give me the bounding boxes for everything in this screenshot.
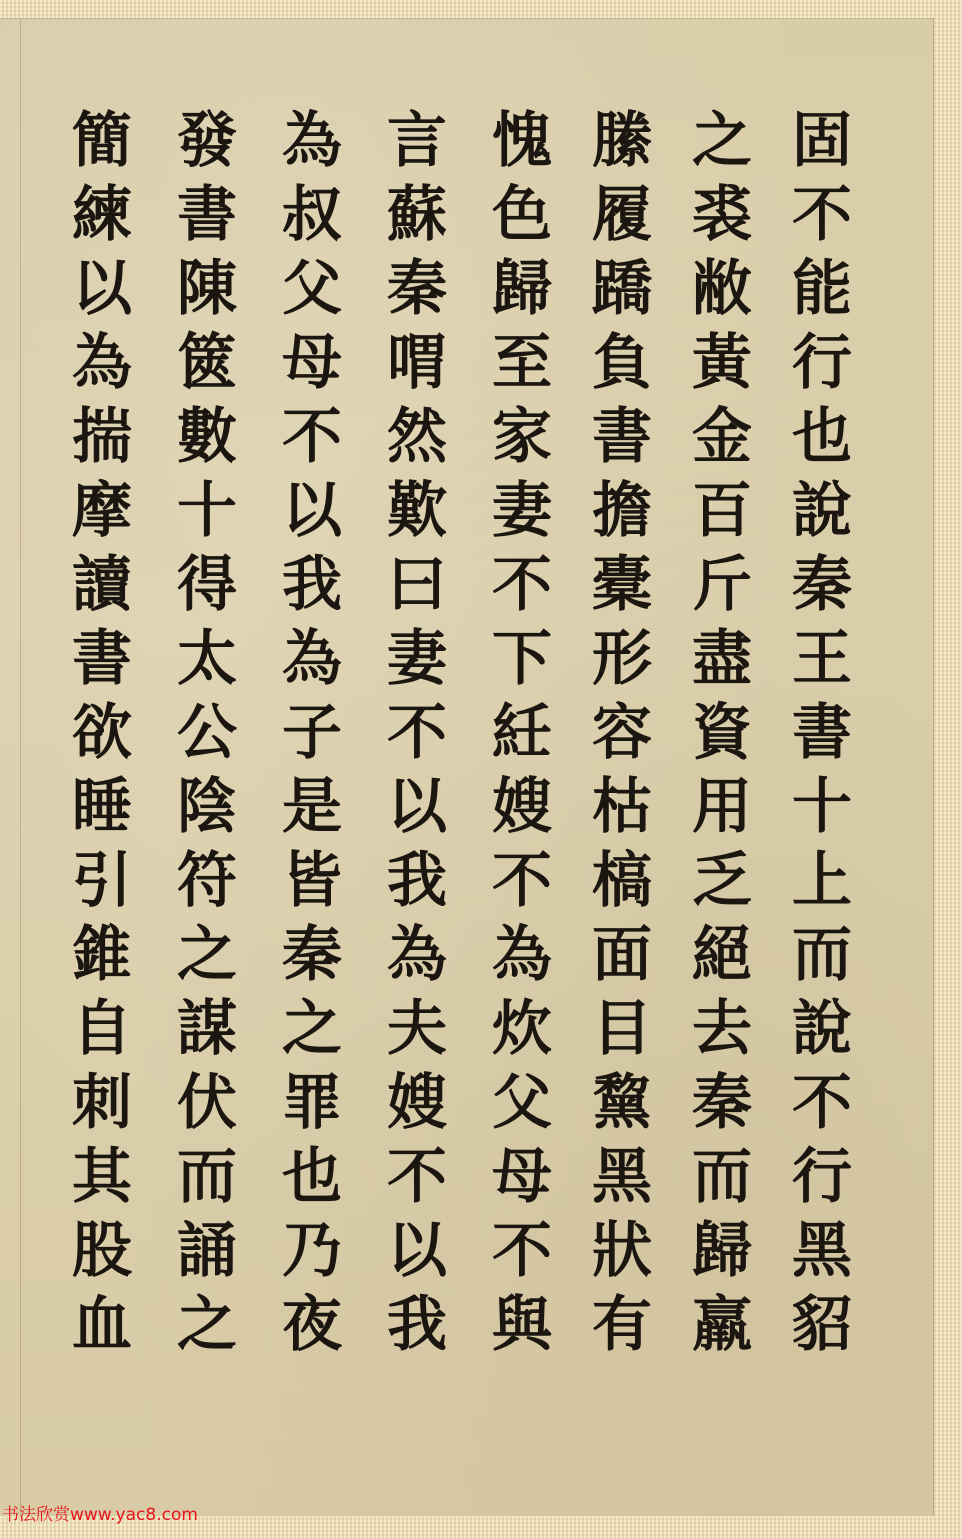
calligraphy-character: 陳 [157, 252, 257, 326]
calligraphy-character: 至 [472, 326, 572, 400]
calligraphy-columns: 固不能行也說秦王書十上而說不行黑貂 之裘敝黃金百斤盡資用乏絕去秦而歸羸 縢履蹻負… [0, 104, 934, 1474]
calligraphy-character: 金 [672, 400, 772, 474]
calligraphy-character: 下 [472, 622, 572, 696]
calligraphy-character: 罪 [262, 1066, 362, 1140]
calligraphy-character: 謀 [157, 992, 257, 1066]
calligraphy-character: 不 [367, 1140, 467, 1214]
calligraphy-character: 陰 [157, 770, 257, 844]
calligraphy-character: 黑 [572, 1140, 672, 1214]
calligraphy-character: 不 [472, 844, 572, 918]
calligraphy-character: 之 [672, 104, 772, 178]
calligraphy-character: 錐 [52, 918, 152, 992]
calligraphy-character: 歸 [672, 1214, 772, 1288]
calligraphy-character: 父 [472, 1066, 572, 1140]
calligraphy-character: 為 [472, 918, 572, 992]
calligraphy-character: 不 [772, 1066, 872, 1140]
calligraphy-character: 符 [157, 844, 257, 918]
calligraphy-character: 為 [262, 104, 362, 178]
calligraphy-character: 為 [52, 326, 152, 400]
calligraphy-character: 也 [772, 400, 872, 474]
calligraphy-character: 叔 [262, 178, 362, 252]
calligraphy-character: 乏 [672, 844, 772, 918]
calligraphy-character: 嫂 [367, 1066, 467, 1140]
calligraphy-character: 母 [472, 1140, 572, 1214]
calligraphy-character: 誦 [157, 1214, 257, 1288]
artwork-frame: 固不能行也說秦王書十上而說不行黑貂 之裘敝黃金百斤盡資用乏絕去秦而歸羸 縢履蹻負… [0, 0, 962, 1538]
calligraphy-character: 書 [772, 696, 872, 770]
calligraphy-character: 公 [157, 696, 257, 770]
calligraphy-character: 也 [262, 1140, 362, 1214]
calligraphy-character: 發 [157, 104, 257, 178]
calligraphy-column-8: 簡練以為揣摩讀書欲睡引錐自刺其股血 [47, 104, 157, 1362]
calligraphy-character: 黑 [772, 1214, 872, 1288]
calligraphy-character: 而 [157, 1140, 257, 1214]
calligraphy-character: 睡 [52, 770, 152, 844]
calligraphy-character: 蹻 [572, 252, 672, 326]
calligraphy-character: 以 [262, 474, 362, 548]
calligraphy-character: 母 [262, 326, 362, 400]
calligraphy-character: 夫 [367, 992, 467, 1066]
calligraphy-character: 皆 [262, 844, 362, 918]
calligraphy-character: 血 [52, 1288, 152, 1362]
calligraphy-character: 敝 [672, 252, 772, 326]
calligraphy-character: 羸 [672, 1288, 772, 1362]
calligraphy-character: 言 [367, 104, 467, 178]
calligraphy-character: 讀 [52, 548, 152, 622]
calligraphy-character: 枯 [572, 770, 672, 844]
calligraphy-character: 說 [772, 474, 872, 548]
calligraphy-character: 十 [157, 474, 257, 548]
calligraphy-character: 摩 [52, 474, 152, 548]
calligraphy-character: 縢 [572, 104, 672, 178]
calligraphy-character: 乃 [262, 1214, 362, 1288]
calligraphy-character: 愧 [472, 104, 572, 178]
calligraphy-character: 百 [672, 474, 772, 548]
calligraphy-column-2: 之裘敝黃金百斤盡資用乏絕去秦而歸羸 [667, 104, 777, 1362]
calligraphy-character: 妻 [472, 474, 572, 548]
calligraphy-character: 資 [672, 696, 772, 770]
calligraphy-character: 黧 [572, 1066, 672, 1140]
calligraphy-character: 裘 [672, 178, 772, 252]
calligraphy-character: 刺 [52, 1066, 152, 1140]
calligraphy-character: 目 [572, 992, 672, 1066]
calligraphy-character: 不 [262, 400, 362, 474]
calligraphy-character: 炊 [472, 992, 572, 1066]
calligraphy-character: 篋 [157, 326, 257, 400]
calligraphy-character: 以 [367, 1214, 467, 1288]
calligraphy-character: 之 [262, 992, 362, 1066]
calligraphy-character: 絕 [672, 918, 772, 992]
calligraphy-character: 喟 [367, 326, 467, 400]
calligraphy-character: 盡 [672, 622, 772, 696]
calligraphy-character: 不 [472, 1214, 572, 1288]
calligraphy-character: 有 [572, 1288, 672, 1362]
calligraphy-character: 欲 [52, 696, 152, 770]
calligraphy-character: 然 [367, 400, 467, 474]
calligraphy-character: 揣 [52, 400, 152, 474]
calligraphy-character: 王 [772, 622, 872, 696]
calligraphy-character: 我 [367, 844, 467, 918]
calligraphy-character: 秦 [672, 1066, 772, 1140]
calligraphy-character: 書 [572, 400, 672, 474]
calligraphy-character: 形 [572, 622, 672, 696]
calligraphy-character: 容 [572, 696, 672, 770]
calligraphy-character: 固 [772, 104, 872, 178]
calligraphy-character: 槁 [572, 844, 672, 918]
calligraphy-character: 歎 [367, 474, 467, 548]
calligraphy-column-5: 言蘇秦喟然歎曰妻不以我為夫嫂不以我 [362, 104, 472, 1362]
calligraphy-character: 不 [772, 178, 872, 252]
calligraphy-character: 色 [472, 178, 572, 252]
calligraphy-character: 十 [772, 770, 872, 844]
calligraphy-character: 不 [472, 548, 572, 622]
calligraphy-character: 我 [367, 1288, 467, 1362]
calligraphy-character: 太 [157, 622, 257, 696]
calligraphy-character: 曰 [367, 548, 467, 622]
calligraphy-character: 用 [672, 770, 772, 844]
calligraphy-character: 狀 [572, 1214, 672, 1288]
calligraphy-character: 得 [157, 548, 257, 622]
calligraphy-character: 是 [262, 770, 362, 844]
calligraphy-character: 蘇 [367, 178, 467, 252]
calligraphy-character: 行 [772, 326, 872, 400]
calligraphy-character: 而 [772, 918, 872, 992]
calligraphy-character: 妻 [367, 622, 467, 696]
calligraphy-character: 股 [52, 1214, 152, 1288]
calligraphy-character: 子 [262, 696, 362, 770]
calligraphy-character: 書 [157, 178, 257, 252]
calligraphy-column-3: 縢履蹻負書擔橐形容枯槁面目黧黑狀有 [567, 104, 677, 1362]
calligraphy-character: 貂 [772, 1288, 872, 1362]
calligraphy-character: 負 [572, 326, 672, 400]
calligraphy-column-7: 發書陳篋數十得太公陰符之謀伏而誦之 [152, 104, 262, 1362]
calligraphy-character: 不 [367, 696, 467, 770]
calligraphy-character: 而 [672, 1140, 772, 1214]
calligraphy-character: 其 [52, 1140, 152, 1214]
calligraphy-character: 我 [262, 548, 362, 622]
calligraphy-character: 練 [52, 178, 152, 252]
calligraphy-character: 書 [52, 622, 152, 696]
calligraphy-character: 父 [262, 252, 362, 326]
calligraphy-character: 為 [367, 918, 467, 992]
calligraphy-column-6: 為叔父母不以我為子是皆秦之罪也乃夜 [257, 104, 367, 1362]
calligraphy-character: 紝 [472, 696, 572, 770]
calligraphy-character: 去 [672, 992, 772, 1066]
calligraphy-character: 擔 [572, 474, 672, 548]
calligraphy-character: 以 [367, 770, 467, 844]
calligraphy-character: 能 [772, 252, 872, 326]
calligraphy-character: 嫂 [472, 770, 572, 844]
calligraphy-character: 與 [472, 1288, 572, 1362]
calligraphy-character: 數 [157, 400, 257, 474]
calligraphy-character: 夜 [262, 1288, 362, 1362]
calligraphy-character: 伏 [157, 1066, 257, 1140]
calligraphy-character: 黃 [672, 326, 772, 400]
calligraphy-character: 上 [772, 844, 872, 918]
calligraphy-character: 之 [157, 1288, 257, 1362]
calligraphy-character: 以 [52, 252, 152, 326]
calligraphy-character: 家 [472, 400, 572, 474]
calligraphy-character: 之 [157, 918, 257, 992]
site-watermark: 书法欣赏www.yac8.com [2, 1500, 198, 1525]
calligraphy-character: 秦 [367, 252, 467, 326]
calligraphy-character: 說 [772, 992, 872, 1066]
calligraphy-character: 履 [572, 178, 672, 252]
calligraphy-character: 秦 [262, 918, 362, 992]
calligraphy-character: 秦 [772, 548, 872, 622]
calligraphy-character: 引 [52, 844, 152, 918]
calligraphy-character: 為 [262, 622, 362, 696]
calligraphy-character: 行 [772, 1140, 872, 1214]
calligraphy-character: 歸 [472, 252, 572, 326]
calligraphy-character: 斤 [672, 548, 772, 622]
calligraphy-character: 面 [572, 918, 672, 992]
calligraphy-column-1: 固不能行也說秦王書十上而說不行黑貂 [767, 104, 877, 1362]
calligraphy-character: 簡 [52, 104, 152, 178]
calligraphy-character: 自 [52, 992, 152, 1066]
calligraphy-column-4: 愧色歸至家妻不下紝嫂不為炊父母不與 [467, 104, 577, 1362]
calligraphy-character: 橐 [572, 548, 672, 622]
